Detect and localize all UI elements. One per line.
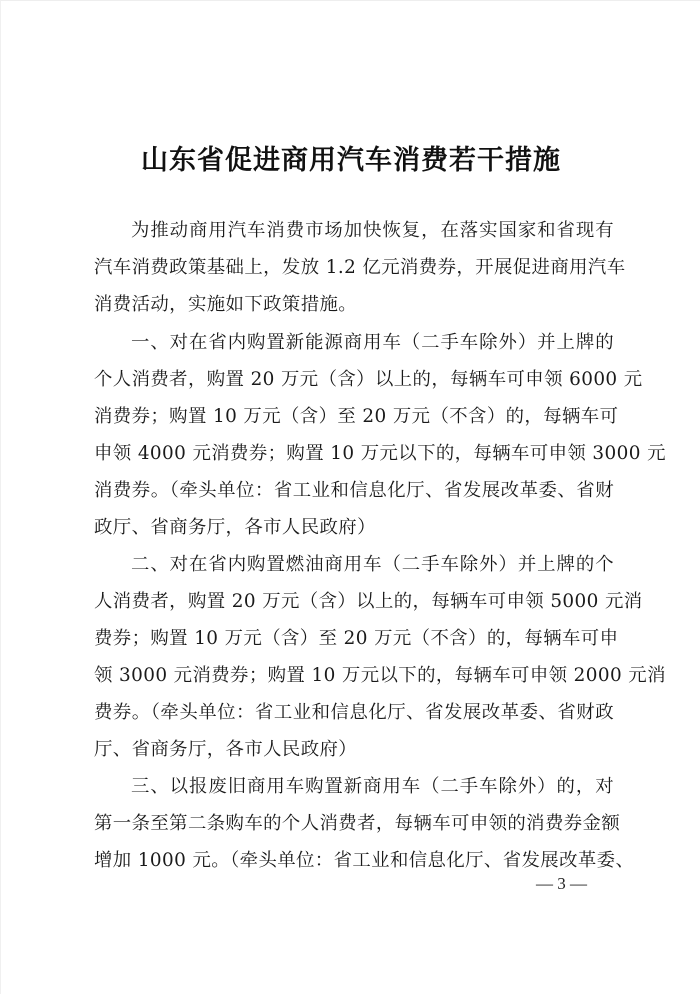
text-line: 费券。（牵头单位：省工业和信息化厅、省发展改革委、省财政 — [94, 701, 614, 725]
text-line: 二、对在省内购置燃油商用车（二手车除外）并上牌的个 — [131, 553, 614, 577]
document-page: 山东省促进商用汽车消费若干措施 为推动商用汽车消费市场加快恢复，在落实国家和省现… — [0, 0, 700, 994]
text-line: 厅、省商务厅，各市人民政府） — [94, 738, 614, 762]
text-line: 消费券。（牵头单位：省工业和信息化厅、省发展改革委、省财 — [94, 479, 614, 503]
text-line: 增加 1000 元。（牵头单位：省工业和信息化厅、省发展改革委、 — [94, 849, 614, 873]
text-line: 三、以报废旧商用车购置新商用车（二手车除外）的，对 — [131, 775, 614, 799]
text-line: 政厅、省商务厅，各市人民政府） — [94, 516, 614, 540]
document-title: 山东省促进商用汽车消费若干措施 — [1, 138, 700, 177]
text-line: 为推动商用汽车消费市场加快恢复，在落实国家和省现有 — [131, 219, 614, 243]
text-line: 第一条至第二条购车的个人消费者，每辆车可申领的消费券金额 — [94, 812, 614, 836]
text-line: 汽车消费政策基础上，发放 1.2 亿元消费券，开展促进商用汽车 — [94, 256, 614, 280]
text-line: 消费券；购置 10 万元（含）至 20 万元（不含）的，每辆车可 — [94, 405, 614, 429]
text-line: 领 3000 元消费券；购置 10 万元以下的，每辆车可申领 2000 元消 — [94, 664, 614, 688]
page-number: — 3 — — [536, 874, 587, 894]
text-line: 人消费者，购置 20 万元（含）以上的，每辆车可申领 5000 元消 — [94, 590, 614, 614]
text-line: 个人消费者，购置 20 万元（含）以上的，每辆车可申领 6000 元 — [94, 368, 614, 392]
text-line: 消费活动，实施如下政策措施。 — [94, 293, 614, 317]
text-line: 一、对在省内购置新能源商用车（二手车除外）并上牌的 — [131, 331, 614, 355]
text-line: 申领 4000 元消费券；购置 10 万元以下的，每辆车可申领 3000 元 — [94, 442, 614, 466]
text-line: 费券；购置 10 万元（含）至 20 万元（不含）的，每辆车可申 — [94, 627, 614, 651]
